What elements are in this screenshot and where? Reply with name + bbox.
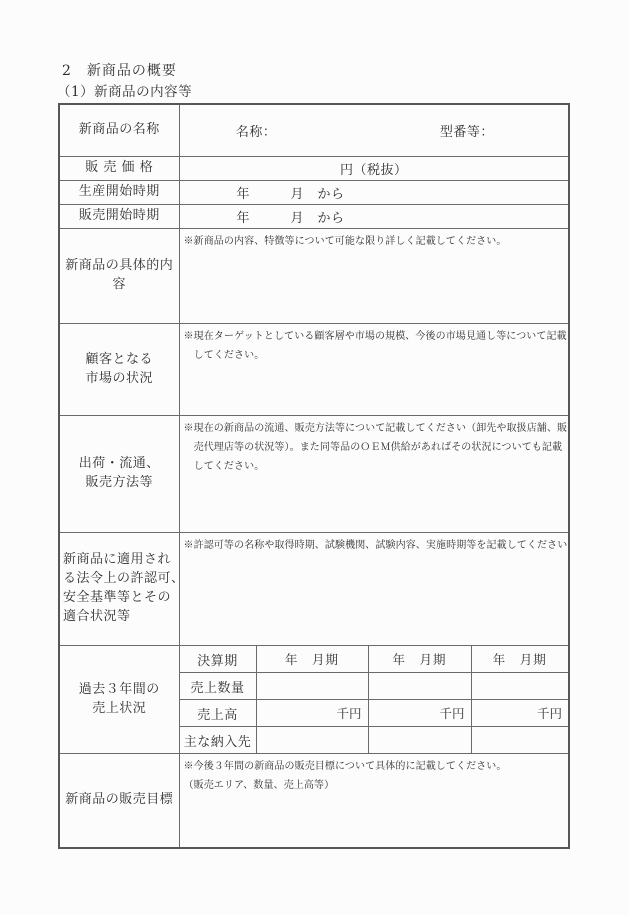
label-line: 販 売 価 格 (61, 159, 178, 178)
label-line: 安全基準等とその (63, 589, 178, 608)
note-line: ※現在ターゲットとしている顧客層や市場の規模、今後の市場見通し等について記載 (184, 327, 565, 346)
quantity-cell-3 (471, 673, 569, 700)
note-line: 売代理店等の状況等）。また同等品のＯＥＭ供給があればその状況についても記載 (184, 438, 565, 457)
supplier-label: 主な納入先 (179, 727, 256, 754)
label-line: 売上状況 (61, 700, 178, 719)
regulation-note-cell: ※許認可等の名称や取得時期、試験機関、試験内容、実施時期等を記載してください (179, 533, 569, 646)
label-line: 市場の状況 (61, 370, 178, 389)
name-prefix-text: 名称： (236, 121, 440, 140)
sales-amount-cell-2: 千円 (368, 700, 471, 727)
label-line: 販売方法等 (61, 474, 178, 493)
quantity-cell-2 (368, 673, 471, 700)
price-value-cell: 円（税抜） (179, 157, 569, 181)
label-line: る法令上の許認可、 (63, 570, 178, 589)
supplier-cell-3 (471, 727, 569, 754)
note-line: ※許認可等の名称や取得時期、試験機関、試験内容、実施時期等を記載してください (184, 536, 565, 555)
supplier-cell-2 (368, 727, 471, 754)
quantity-label: 売上数量 (179, 673, 256, 700)
note-line: ※現在の新商品の流通、販売方法等について記載してください（卸先や取扱店舗、販 (184, 419, 565, 438)
note-line: してください。 (184, 457, 565, 476)
model-prefix-text: 型番等： (440, 125, 494, 140)
label-line: 顧客となる (61, 351, 178, 370)
shipping-label: 出荷・流通、 販売方法等 (59, 416, 179, 533)
fiscal-period-header-1: 年 月期 (256, 646, 368, 673)
label-line: 適合状況等 (63, 608, 178, 627)
fiscal-period-header-2: 年 月期 (368, 646, 471, 673)
note-line: ※今後３年間の新商品の販売目標について具体的に記載してください。 (184, 757, 565, 776)
sales-amount-label: 売上高 (179, 700, 256, 727)
supplier-cell-1 (256, 727, 368, 754)
fiscal-period-header-3: 年 月期 (471, 646, 569, 673)
label-line: 新商品に適用され (63, 551, 178, 570)
production-start-cell: 年 月 から (179, 181, 569, 205)
sales-target-label: 新商品の販売目標 (59, 754, 179, 848)
price-label: 販 売 価 格 (59, 157, 179, 181)
label-line: 過去３年間の (61, 681, 178, 700)
label-line: 容 (61, 276, 178, 295)
note-line: ※新商品の内容、特徴等について可能な限り詳しく記載してください。 (184, 232, 565, 251)
sales-amount-cell-1: 千円 (256, 700, 368, 727)
sales-target-note-cell: ※今後３年間の新商品の販売目標について具体的に記載してください。 （販売エリア、… (179, 754, 569, 848)
quantity-cell-1 (256, 673, 368, 700)
note-line: （販売エリア、数量、売上高等） (184, 776, 565, 795)
sales-start-label: 販売開始時期 (59, 205, 179, 229)
sales-record-label: 過去３年間の 売上状況 (59, 646, 179, 754)
settlement-period-label: 決算期 (179, 646, 256, 673)
note-line: してください。 (184, 346, 565, 365)
sales-amount-cell-3: 千円 (471, 700, 569, 727)
market-note-cell: ※現在ターゲットとしている顧客層や市場の規模、今後の市場見通し等について記載 し… (179, 324, 569, 416)
product-form-table: 新商品の名称 名称：型番等： 販 売 価 格 円（税抜） 生産開始時期 年 月 … (58, 103, 570, 849)
product-name-cell: 名称：型番等： (179, 104, 569, 157)
section-title: 2 新商品の概要 (62, 60, 177, 80)
production-start-label: 生産開始時期 (59, 181, 179, 205)
document-page: 2 新商品の概要 （1）新商品の内容等 新商品の名称 名称：型番等： (0, 0, 630, 915)
sales-start-cell: 年 月 から (179, 205, 569, 229)
product-name-label: 新商品の名称 (59, 104, 179, 157)
product-details-note-cell: ※新商品の内容、特徴等について可能な限り詳しく記載してください。 (179, 229, 569, 324)
label-line: 新商品の名称 (61, 121, 178, 140)
subsection-title: （1）新商品の内容等 (57, 80, 192, 100)
label-line: 新商品の具体的内 (61, 257, 178, 276)
label-line: 出荷・流通、 (61, 455, 178, 474)
product-details-label: 新商品の具体的内 容 (59, 229, 179, 324)
shipping-note-cell: ※現在の新商品の流通、販売方法等について記載してください（卸先や取扱店舗、販 売… (179, 416, 569, 533)
label-line: 新商品の販売目標 (61, 791, 178, 810)
market-label: 顧客となる 市場の状況 (59, 324, 179, 416)
regulation-label: 新商品に適用され る法令上の許認可、 安全基準等とその 適合状況等 (59, 533, 179, 646)
label-line: 生産開始時期 (61, 183, 178, 202)
label-line: 販売開始時期 (61, 207, 178, 226)
